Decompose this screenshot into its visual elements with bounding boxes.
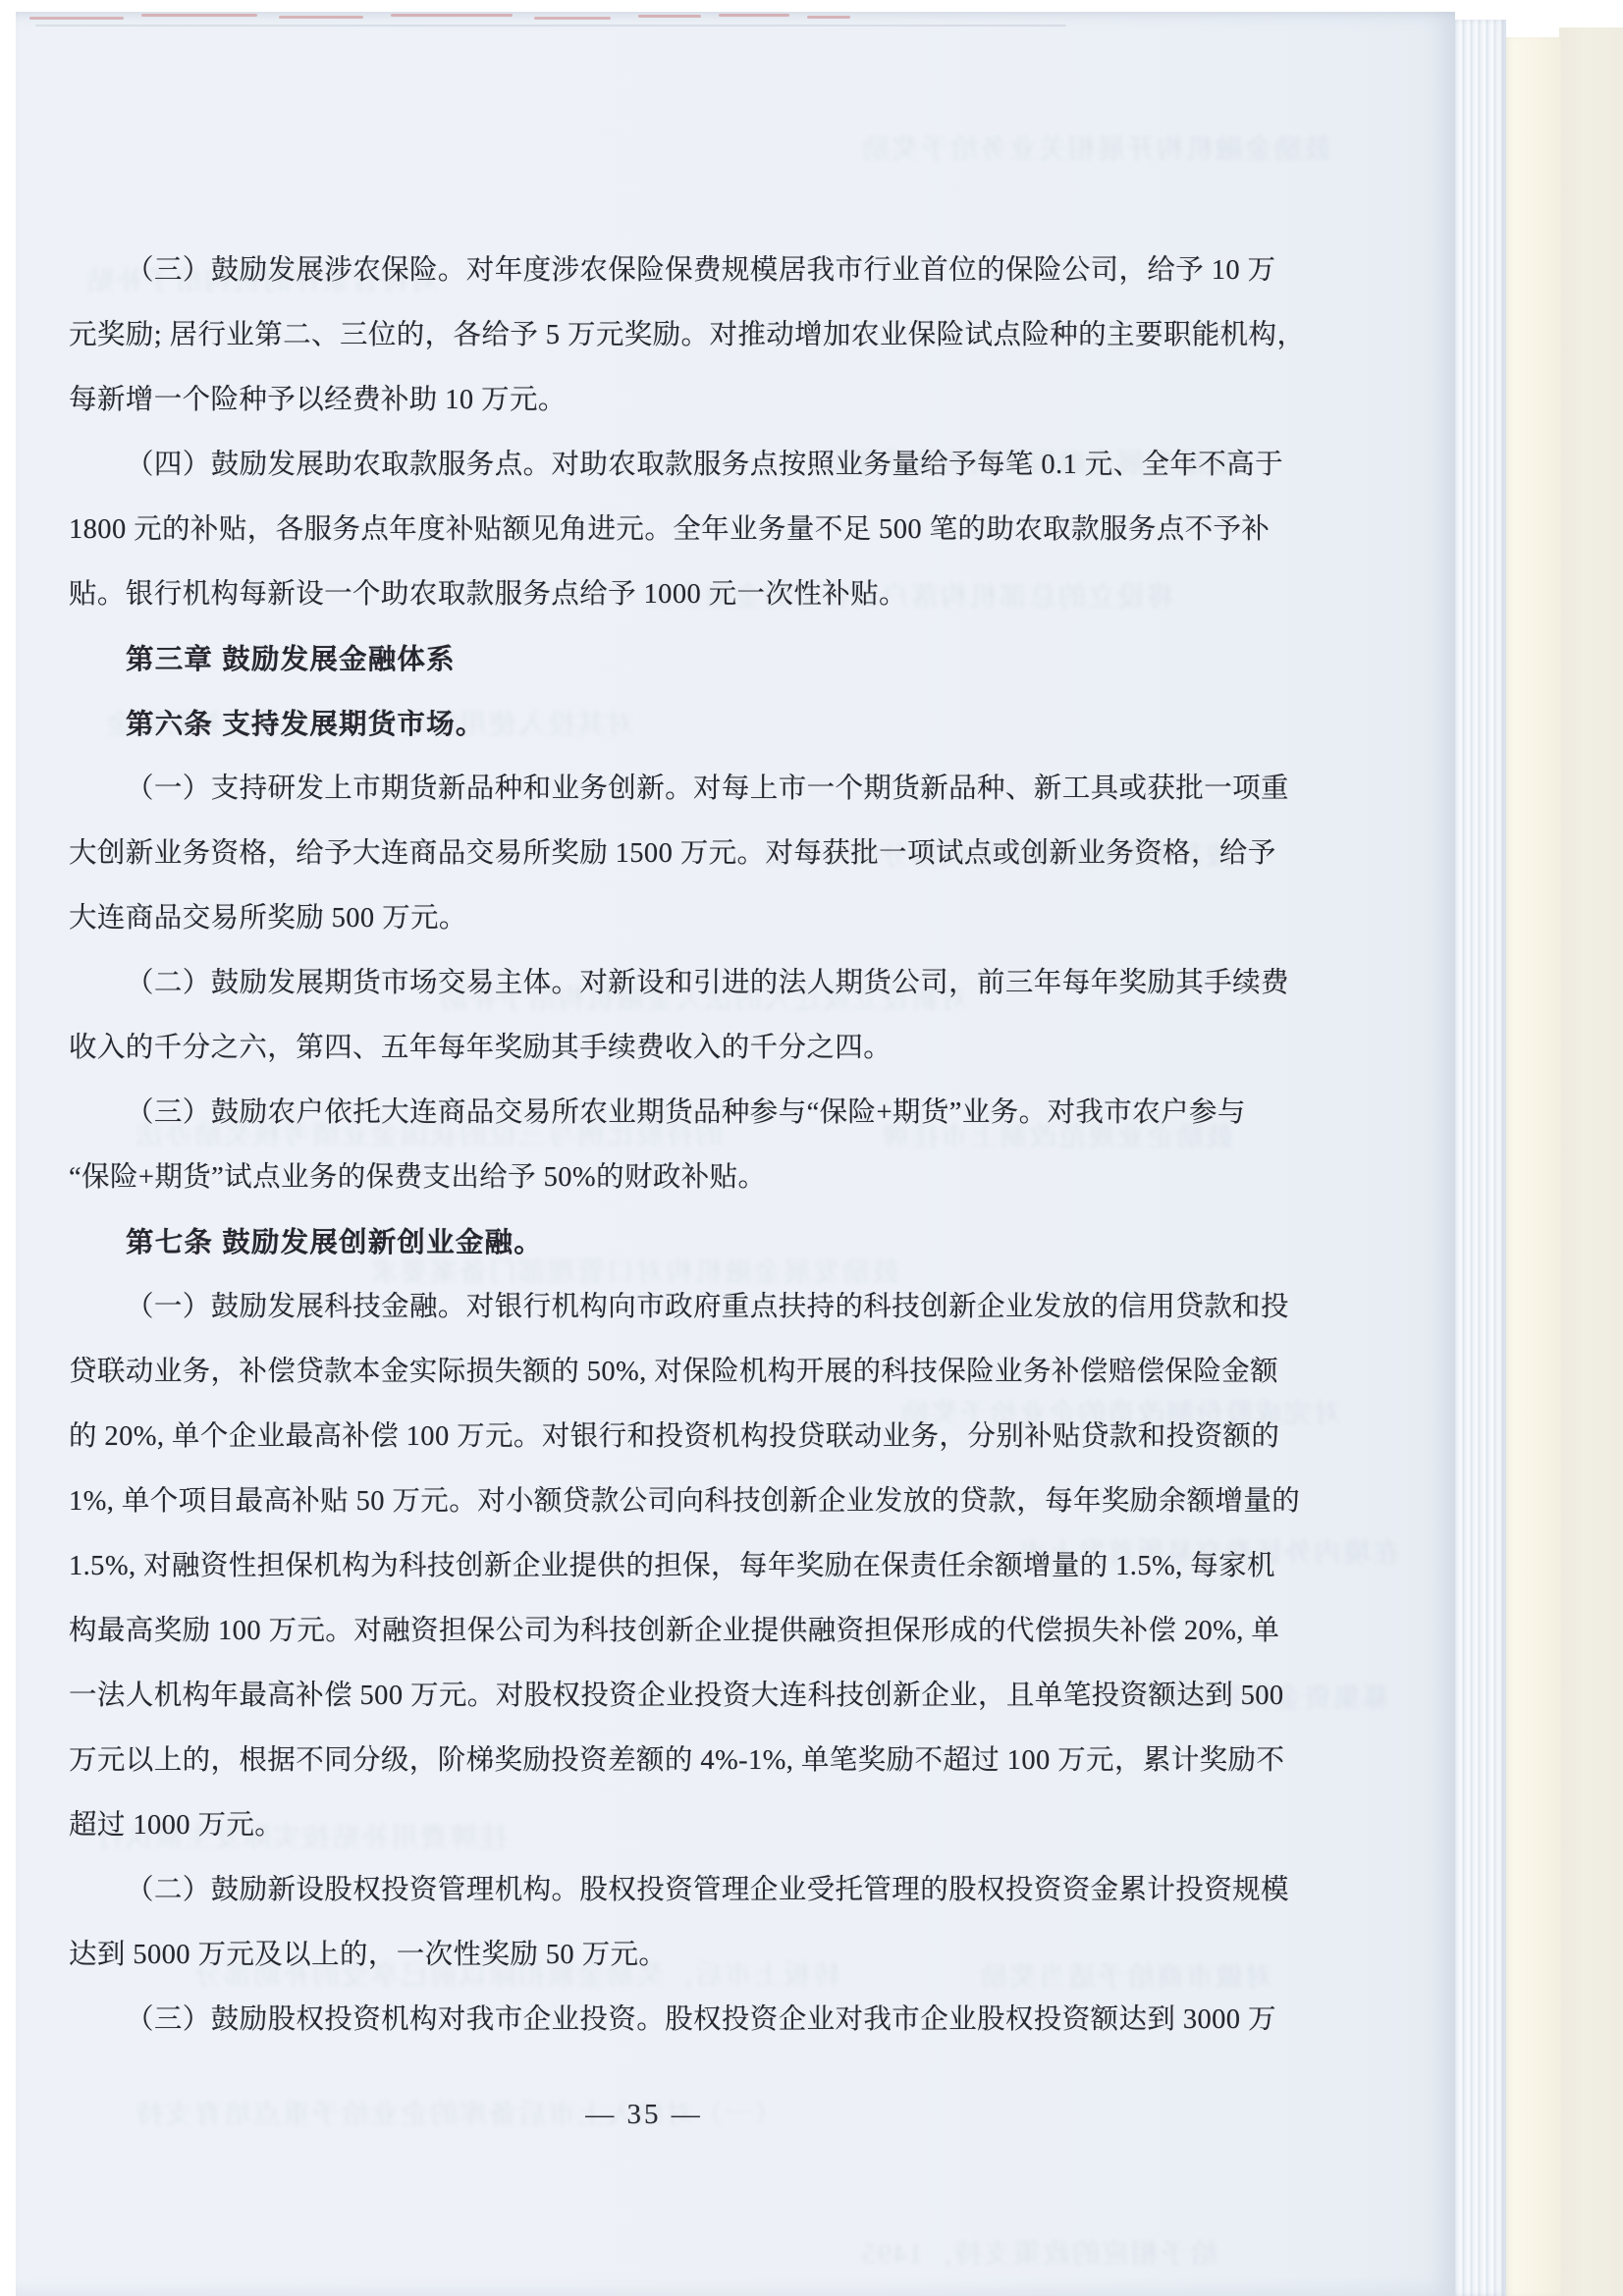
heading-line: 第七条 鼓励发展创新创业金融。	[69, 1210, 1271, 1275]
text-line: 1.5%, 对融资性担保机构为科技创新企业提供的担保，每年奖励在保责任余额增量的…	[69, 1534, 1271, 1599]
text-line: 万元以上的，根据不同分级，阶梯奖励投资差额的 4%-1%, 单笔奖励不超过 10…	[69, 1729, 1271, 1793]
bleedthrough-text: 给予相应的政策支持，1495	[860, 2232, 1217, 2271]
book-page-edges	[1451, 20, 1506, 2296]
red-dash-mark	[29, 17, 124, 20]
heading-line: 第三章 鼓励发展金融体系	[69, 627, 1271, 692]
red-dash-mark	[279, 16, 363, 19]
text-line: 每新增一个险种予以经费补助 10 万元。	[69, 368, 1271, 433]
text-line: （三）鼓励农户依托大连商品交易所农业期货品种参与“保险+期货”业务。对我市农户参…	[69, 1081, 1271, 1146]
text-line: （三）鼓励股权投资机构对我市企业投资。股权投资企业对我市企业股权投资额达到 30…	[69, 1988, 1271, 2053]
text-line: 1800 元的补贴，各服务点年度补贴额见角进元。全年业务量不足 500 笔的助农…	[69, 498, 1271, 562]
text-line: （一）支持研发上市期货新品种和业务创新。对每上市一个期货新品种、新工具或获批一项…	[69, 757, 1271, 822]
text-line: 贷联动业务，补偿贷款本金实际损失额的 50%, 对保险机构开展的科技保险业务补偿…	[69, 1340, 1271, 1405]
text-line: 超过 1000 万元。	[69, 1793, 1271, 1858]
text-line: 大创新业务资格，给予大连商品交易所奖励 1500 万元。对每获批一项试点或创新业…	[69, 822, 1271, 886]
bleedthrough-text: 鼓励金融机构开展相关业务给予奖励	[860, 128, 1331, 167]
heading-line: 第六条 支持发展期货市场。	[69, 692, 1271, 757]
scan-canvas: 鼓励金融机构开展相关业务给予奖励对符合条件的机构给予补贴鼓励发展金融服务机构体系…	[0, 0, 1623, 2296]
red-dash-mark	[141, 14, 257, 17]
text-line: 元奖励; 居行业第二、三位的，各给予 5 万元奖励。对推动增加农业保险试点险种的…	[69, 303, 1271, 368]
text-line: 构最高奖励 100 万元。对融资担保公司为科技创新企业提供融资担保形成的代偿损失…	[69, 1599, 1271, 1664]
scan-background	[1559, 27, 1623, 2296]
red-dash-mark	[638, 15, 701, 18]
page-number: — 35 —	[43, 2099, 1245, 2131]
text-line: （二）鼓励新设股权投资管理机构。股权投资管理企业受托管理的股权投资资金累计投资规…	[69, 1858, 1271, 1923]
text-line: （一）鼓励发展科技金融。对银行机构向市政府重点扶持的科技创新企业发放的信用贷款和…	[69, 1275, 1271, 1340]
book-cover-edge	[1504, 37, 1561, 2296]
red-dash-mark	[534, 17, 611, 20]
text-line: 达到 5000 万元及以上的，一次性奖励 50 万元。	[69, 1923, 1271, 1988]
text-line: （四）鼓励发展助农取款服务点。对助农取款服务点按照业务量给予每笔 0.1 元、全…	[69, 433, 1271, 498]
text-line: （二）鼓励发展期货市场交易主体。对新设和引进的法人期货公司，前三年每年奖励其手续…	[69, 951, 1271, 1016]
scan-artifact-marks	[16, 12, 899, 29]
text-line: 收入的千分之六，第四、五年每年奖励其手续费收入的千分之四。	[69, 1016, 1271, 1081]
text-line: 贴。银行机构每新设一个助农取款服务点给予 1000 元一次性补贴。	[69, 562, 1271, 627]
text-line: 一法人机构年最高补偿 500 万元。对股权投资企业投资大连科技创新企业，且单笔投…	[69, 1664, 1271, 1729]
text-line: 1%, 单个项目最高补贴 50 万元。对小额贷款公司向科技创新企业发放的贷款，每…	[69, 1469, 1271, 1534]
red-dash-mark	[391, 14, 513, 17]
red-dash-mark	[807, 16, 850, 19]
text-line: 大连商品交易所奖励 500 万元。	[69, 886, 1271, 951]
red-dash-mark	[719, 14, 789, 17]
scanned-page: 鼓励金融机构开展相关业务给予奖励对符合条件的机构给予补贴鼓励发展金融服务机构体系…	[16, 12, 1455, 2296]
scan-streak	[35, 25, 1066, 27]
text-line: （三）鼓励发展涉农保险。对年度涉农保险保费规模居我市行业首位的保险公司，给予 1…	[69, 239, 1271, 303]
text-line: 的 20%, 单个企业最高补偿 100 万元。对银行和投资机构投贷联动业务，分别…	[69, 1405, 1271, 1469]
text-line: “保险+期货”试点业务的保费支出给予 50%的财政补贴。	[69, 1146, 1271, 1210]
document-text: （三）鼓励发展涉农保险。对年度涉农保险保费规模居我市行业首位的保险公司，给予 1…	[69, 239, 1271, 2053]
